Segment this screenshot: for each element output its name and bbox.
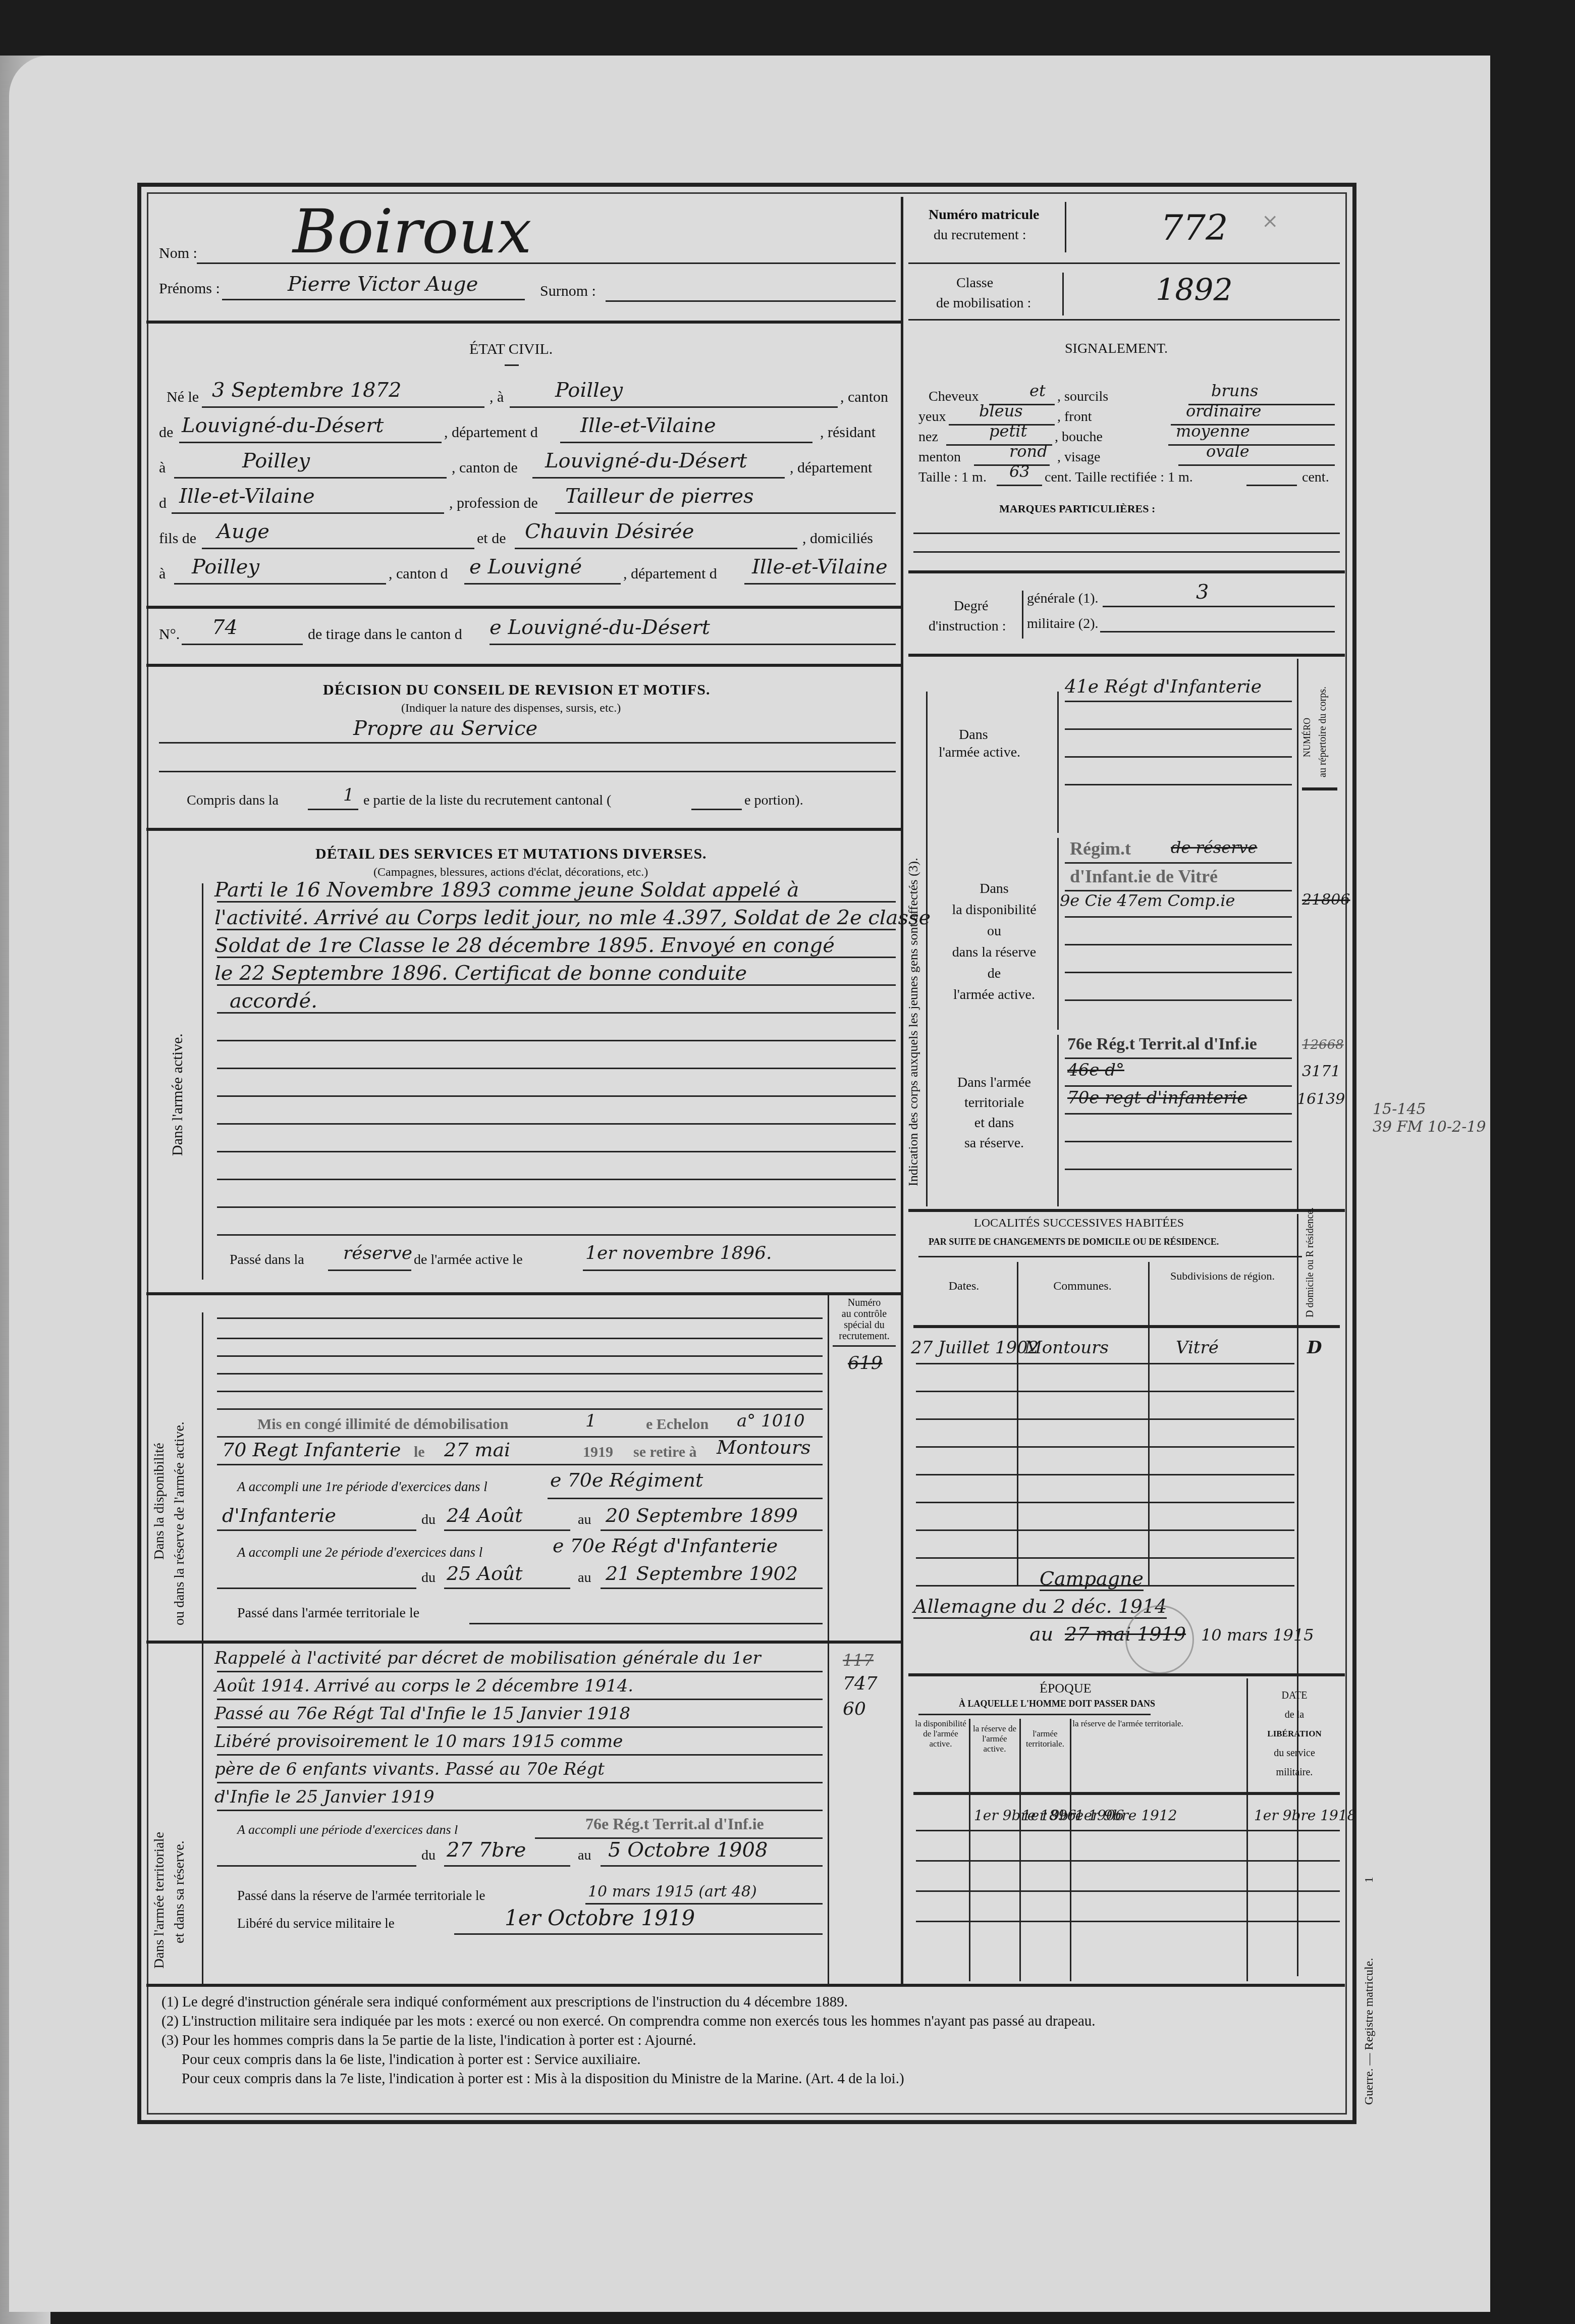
profession-value: Tailleur de pierres	[565, 485, 754, 508]
demob-echelon-number: 1	[585, 1411, 596, 1431]
classe-value: 1892	[1156, 273, 1233, 308]
line	[202, 406, 484, 408]
departement2-label: , département	[790, 459, 872, 477]
dispo-value: 9e Cie 47em Comp.ie	[1060, 891, 1235, 910]
services-side-label: Dans l'armée active.	[169, 1033, 186, 1156]
col-dates-header: Dates.	[913, 1280, 1014, 1293]
line	[916, 1474, 1294, 1475]
territ-line-1: Rappelé à l'activité par décret de mobil…	[214, 1648, 761, 1668]
matricule-label-2: du recrutement :	[934, 227, 1026, 243]
canton2-label: , canton de	[452, 459, 518, 477]
line	[217, 929, 896, 930]
label-line: sa réserve.	[934, 1133, 1055, 1153]
residence-value: Poilley	[242, 449, 310, 472]
brace	[1065, 202, 1066, 252]
line	[464, 583, 621, 585]
line	[217, 1040, 896, 1041]
line	[217, 1123, 896, 1125]
residence-departement-value: Ille-et-Vilaine	[179, 485, 315, 508]
divider	[908, 654, 1345, 657]
parents-domicile-value: Poilley	[192, 555, 259, 578]
sourcils-label: , sourcils	[1057, 389, 1108, 405]
line	[444, 1529, 570, 1531]
nez-value: petit	[989, 421, 1027, 441]
localites-subtitle: PAR SUITE DE CHANGEMENTS DE DOMICILE OU …	[929, 1237, 1219, 1247]
compris-partie-value: 1	[343, 785, 354, 805]
surnom-line	[606, 300, 896, 302]
margin-note-1: 15-145	[1373, 1100, 1426, 1118]
territ-periode-du-value: 27 7bre	[447, 1838, 526, 1862]
line	[490, 644, 896, 645]
line	[532, 477, 785, 479]
line	[916, 1391, 1294, 1392]
line	[217, 1012, 896, 1014]
prenoms-line	[222, 299, 525, 300]
numero-column-divider	[828, 1295, 829, 1699]
epoque-reserve-territ-value: 1er 9bre 1912	[1075, 1807, 1177, 1824]
marques-title: MARQUES PARTICULIÈRES :	[999, 502, 1155, 515]
nez-label: nez	[918, 429, 938, 445]
line	[172, 512, 444, 514]
periode2-au-label: au	[578, 1570, 591, 1586]
header-line: LIBÉRATION	[1249, 1724, 1340, 1744]
header-line: recrutement.	[833, 1331, 896, 1342]
footnote-3: (3) Pour les hommes compris dans la 5e p…	[161, 2032, 696, 2049]
line	[202, 548, 474, 549]
col-divider	[969, 1719, 970, 1981]
passe-territoriale-label: Passé dans l'armée territoriale le	[237, 1605, 419, 1621]
divider	[146, 606, 901, 609]
line	[217, 1206, 896, 1208]
line	[1168, 444, 1335, 446]
tirage-no-label: N°.	[159, 626, 180, 643]
territ-value-2: 70e regt d'infanterie	[1067, 1088, 1247, 1108]
fils-de-label: fils de	[159, 530, 196, 547]
col-divider	[1070, 1719, 1071, 1981]
decision-title: DÉCISION DU CONSEIL DE REVISION ET MOTIF…	[323, 681, 710, 699]
brace	[1022, 591, 1023, 639]
line	[469, 1623, 823, 1624]
line	[916, 1557, 1294, 1559]
territ-numero-1: 3171	[1302, 1063, 1340, 1080]
line	[916, 1502, 1294, 1503]
sourcils-value: bruns	[1211, 381, 1258, 400]
line	[601, 1865, 823, 1867]
compris-label: Compris dans la	[187, 793, 279, 809]
service-line-3: Soldat de 1re Classe le 28 décembre 1895…	[214, 934, 835, 957]
label-line: territoriale	[934, 1093, 1055, 1113]
cent-label: cent.	[1302, 469, 1329, 486]
service-line-4: le 22 Septembre 1896. Certificat de bonn…	[214, 962, 747, 985]
reserve-active-side-label-2: ou dans la réserve de l'armée active.	[172, 1421, 188, 1625]
line	[328, 1270, 411, 1271]
periode2-du-label: du	[421, 1570, 436, 1586]
line	[174, 583, 386, 585]
line	[217, 1810, 823, 1811]
passe-reserve-territ-value: 10 mars 1915 (art 48)	[588, 1883, 757, 1900]
corps-active-label-1: Dans	[959, 727, 988, 743]
line	[1065, 756, 1292, 758]
label-line: Dans	[934, 878, 1055, 900]
dr-column-divider	[1297, 1214, 1298, 1976]
localite-dr-value: D	[1307, 1338, 1322, 1358]
passe-reserve-value: réserve	[343, 1243, 412, 1263]
front-label: , front	[1057, 409, 1092, 425]
matricule-form: Nom : Boiroux Prénoms : Pierre Victor Au…	[137, 183, 1356, 2124]
passe-reserve-territ-label: Passé dans la réserve de l'armée territo…	[237, 1888, 485, 1904]
cheveux-label: Cheveux	[929, 389, 979, 405]
campagne-title: Campagne	[1040, 1567, 1144, 1591]
line	[217, 1355, 823, 1357]
epoque-col-1-header: la disponibilité de l'armée active.	[913, 1719, 968, 1749]
territ-periode-label: A accompli une période d'exercices dans …	[237, 1822, 458, 1837]
line	[916, 1830, 1340, 1831]
yeux-label: yeux	[918, 409, 946, 425]
bracket	[202, 883, 203, 1280]
line	[601, 1529, 823, 1531]
corps-active-label-2: l'armée active.	[939, 745, 1020, 761]
divider	[146, 1292, 901, 1295]
header-line: de la	[1249, 1705, 1340, 1724]
demob-retire-value: Montours	[717, 1436, 811, 1458]
localite-subdivision-value: Vitré	[1176, 1338, 1219, 1358]
ne-le-label: Né le	[167, 389, 199, 406]
label-line: ou	[934, 921, 1055, 942]
numero-controle-header: Numéro au contrôle spécial du recrutemen…	[833, 1297, 896, 1342]
mother-value: Chauvin Désirée	[525, 520, 694, 543]
line	[1246, 485, 1297, 486]
line	[179, 442, 442, 443]
line	[916, 1363, 1294, 1364]
line	[744, 583, 896, 585]
line	[1065, 701, 1292, 702]
col-divider	[1148, 1262, 1150, 1585]
line	[1065, 1058, 1292, 1059]
line	[997, 485, 1042, 486]
dispo-struck-value: de réserve	[1171, 838, 1258, 857]
publisher-imprint: Guerre. — Registre matricule.	[1363, 1958, 1376, 2105]
periode1-label: A accompli une 1re période d'exercices d…	[237, 1479, 487, 1495]
passe-active-label: de l'armée active le	[414, 1252, 523, 1268]
line	[515, 548, 797, 549]
nom-value: Boiroux	[293, 197, 531, 267]
line	[444, 1588, 570, 1589]
brace	[1062, 273, 1064, 315]
line	[1065, 1085, 1292, 1087]
title-dash	[505, 364, 519, 366]
dispo-numero-value: 21806	[1302, 891, 1350, 909]
matricule-value: 772	[1161, 207, 1228, 248]
line	[1065, 972, 1292, 973]
domicile-a-label: à	[159, 565, 166, 583]
territ-numero-2: 60	[843, 1699, 866, 1719]
page-mark: 1	[1363, 1877, 1376, 1883]
territ-numero-struck: 12668	[1302, 1037, 1344, 1052]
periode2-value: e 70e Régt d'Infanterie	[553, 1535, 778, 1557]
line	[560, 442, 812, 443]
line	[601, 1588, 823, 1589]
line	[1178, 464, 1335, 466]
surnom-label: Surnom :	[540, 283, 596, 300]
tirage-number-value: 74	[212, 616, 238, 639]
margin-note-2: 39 FM 10-2-19	[1373, 1118, 1486, 1136]
compris-label-3: e portion).	[744, 793, 803, 809]
line	[217, 1699, 823, 1700]
line	[159, 771, 896, 772]
line	[585, 1903, 823, 1905]
line	[217, 1782, 823, 1783]
line	[510, 406, 838, 408]
periode2-label: A accompli une 2e période d'exercices da…	[237, 1545, 482, 1560]
militaire-label: militaire (2).	[1027, 616, 1099, 632]
line	[217, 1588, 416, 1589]
periode1-au-label: au	[578, 1512, 591, 1528]
header-line: DATE	[1249, 1686, 1340, 1705]
service-line-5: accordé.	[230, 989, 317, 1013]
divider	[146, 1984, 1345, 1987]
bracket	[202, 1312, 203, 1696]
epoque-col-3-header: l'armée territoriale.	[1022, 1729, 1068, 1749]
classe-label-2: de mobilisation :	[936, 295, 1031, 311]
territ-value-1: 46e d°	[1067, 1060, 1124, 1080]
col-divider	[1017, 1262, 1018, 1585]
footnote-1: (1) Le degré d'instruction générale sera…	[161, 1994, 848, 2011]
footnote-3b: Pour ceux compris dans la 6e liste, l'in…	[182, 2051, 641, 2068]
yeux-value: bleus	[979, 401, 1023, 420]
brace-line	[918, 1256, 1302, 1257]
bouche-value: moyenne	[1176, 421, 1250, 441]
epoque-col-4-header: la réserve de l'armée territoriale.	[1072, 1719, 1244, 1729]
line	[217, 984, 896, 986]
line	[217, 1095, 896, 1097]
matricule-label-1: Numéro matricule	[929, 207, 1040, 223]
line	[159, 742, 896, 744]
brace-line	[918, 1714, 1151, 1715]
visage-value: ovale	[1206, 442, 1250, 461]
line	[691, 809, 742, 810]
line	[182, 644, 303, 645]
service-line-2: l'activité. Arrivé au Corps ledit jour, …	[214, 906, 931, 929]
passe-reserve-label: Passé dans la	[230, 1252, 304, 1268]
line	[217, 1338, 823, 1339]
line	[1065, 728, 1292, 730]
line	[174, 477, 447, 479]
residant-a-label: à	[159, 459, 166, 477]
divider	[146, 828, 901, 831]
generale-label: générale (1).	[1027, 591, 1098, 607]
line	[217, 1726, 823, 1728]
round-stamp-icon	[1125, 1605, 1194, 1674]
reserve-active-side-label-1: Dans la disponibilité	[151, 1443, 168, 1560]
line	[1100, 631, 1335, 632]
line	[583, 1270, 896, 1271]
services-subtitle: (Campagnes, blessures, actions d'éclat, …	[373, 866, 648, 879]
line	[217, 1151, 896, 1152]
nom-label: Nom :	[159, 245, 197, 262]
libere-label: Libéré du service militaire le	[237, 1916, 395, 1931]
line	[908, 262, 1340, 264]
line	[217, 1464, 823, 1465]
taille-value: 63	[1009, 462, 1030, 481]
divider	[1302, 787, 1337, 790]
line	[217, 1754, 823, 1756]
line	[916, 1860, 1340, 1862]
campagne-end-date: 10 mars 1915	[1201, 1625, 1314, 1645]
demob-date-label: le	[414, 1444, 425, 1461]
periode2-du-value: 25 Août	[447, 1562, 523, 1584]
localites-title: LOCALITÉS SUCCESSIVES HABITÉES	[974, 1217, 1184, 1230]
service-line-1: Parti le 16 Novembre 1893 comme jeune So…	[214, 878, 799, 902]
periode1-value: e 70e Régiment	[550, 1469, 703, 1491]
domicilies-label: , domiciliés	[802, 530, 873, 547]
bracket	[202, 1661, 203, 1984]
line	[1065, 784, 1292, 785]
line	[833, 1345, 896, 1347]
line	[217, 1234, 896, 1236]
a-label: , à	[490, 389, 504, 406]
demob-date-value: 27 mai	[444, 1439, 510, 1461]
periode1-du-value: 24 Août	[447, 1504, 523, 1526]
libere-value: 1er Octobre 1919	[505, 1906, 695, 1930]
visage-label: , visage	[1057, 449, 1101, 465]
instruction-label: d'instruction :	[929, 618, 1006, 635]
father-value: Auge	[217, 520, 269, 543]
column-divider	[901, 197, 903, 1984]
prenoms-label: Prénoms :	[159, 280, 220, 297]
col-dr-header: D domicile ou R résidence.	[1305, 1207, 1316, 1317]
periode1-corps-value: d'Infanterie	[222, 1504, 336, 1526]
line	[913, 551, 1340, 553]
periode1-du-label: du	[421, 1512, 436, 1528]
departement3-label: , département d	[623, 565, 717, 583]
line	[217, 1373, 823, 1375]
d-label: d	[159, 495, 167, 512]
numero-column-divider	[828, 1643, 829, 1986]
birth-date-value: 3 Septembre 1872	[212, 379, 401, 402]
territ-line-5: père de 6 enfants vivants. Passé au 70e …	[214, 1759, 605, 1779]
divider	[146, 321, 901, 324]
line	[217, 957, 896, 958]
label-line: et dans	[934, 1113, 1055, 1133]
demob-retire-label: se retire à	[633, 1444, 697, 1461]
territ-line-3: Passé au 76e Régt Tal d'Infie le 15 Janv…	[214, 1704, 630, 1724]
header-line: militaire.	[1249, 1763, 1340, 1782]
territ-stamp: 76e Rég.t Territ.al d'Inf.ie	[1067, 1035, 1257, 1054]
demob-echelon-value: a° 1010	[737, 1411, 805, 1431]
dispo-stamp-2: d'Infant.ie de Vitré	[1070, 866, 1218, 887]
demob-echelon-label: e Echelon	[646, 1416, 709, 1433]
territ-periode-au-label: au	[578, 1847, 591, 1864]
line	[217, 1529, 416, 1531]
tirage-canton-value: e Louvigné-du-Désert	[490, 616, 710, 639]
corps-active-value: 41e Régt d'Infanterie	[1065, 676, 1262, 697]
parents-canton-value: e Louvigné	[469, 555, 582, 578]
territ-periode-au-value: 5 Octobre 1908	[608, 1838, 768, 1862]
signalement-title: SIGNALEMENT.	[1065, 341, 1168, 357]
line	[548, 1498, 823, 1499]
taille-rectifiee-label: cent. Taille rectifiée : 1 m.	[1045, 469, 1193, 486]
line	[555, 512, 896, 514]
residence-canton-value: Louvigné-du-Désert	[545, 449, 747, 472]
territ-numero-1: 747	[843, 1673, 878, 1694]
campagne-au-label: au	[1029, 1623, 1053, 1645]
line	[217, 1865, 416, 1867]
territoriale-side-label-1: Dans l'armée territoriale	[151, 1832, 168, 1969]
liberation-value: 1er 9bre 1918	[1254, 1807, 1356, 1824]
col-subdivisions-header: Subdivisions de région.	[1151, 1270, 1294, 1283]
matricule-check-mark: ×	[1262, 209, 1279, 233]
territ-line-2: Août 1914. Arrivé au corps le 2 décembre…	[214, 1676, 633, 1696]
divider	[908, 1209, 1345, 1212]
bracket	[926, 692, 928, 1206]
label-line: dans la réserve	[934, 942, 1055, 963]
liberation-header: DATE de la LIBÉRATION du service militai…	[1249, 1686, 1340, 1782]
degre-label: Degré	[954, 598, 988, 614]
line	[217, 1671, 823, 1672]
decision-value: Propre au Service	[353, 717, 537, 740]
divider	[908, 570, 1345, 573]
line	[217, 1068, 896, 1069]
canton-label: , canton	[840, 389, 888, 406]
birth-place-value: Poilley	[555, 379, 623, 402]
line	[1065, 1141, 1292, 1142]
divider	[908, 1673, 1345, 1676]
divider	[146, 1641, 901, 1644]
line	[1103, 606, 1335, 607]
parents-departement-value: Ille-et-Vilaine	[752, 555, 888, 578]
line	[916, 1446, 1294, 1448]
prenoms-value: Pierre Victor Auge	[288, 273, 478, 296]
line	[217, 1391, 823, 1392]
de-label: de	[159, 424, 173, 441]
col-divider	[1019, 1719, 1021, 1981]
localite-date-value: 27 Juillet 1902	[911, 1338, 1039, 1358]
demob-regiment-value: 70 Regt Infanterie	[222, 1439, 401, 1461]
corps-territ-label: Dans l'armée territoriale et dans sa rés…	[934, 1073, 1055, 1153]
divider	[146, 664, 901, 667]
et-de-label: et de	[477, 530, 506, 547]
profession-label: , profession de	[449, 495, 538, 512]
demob-year: 1919	[583, 1444, 613, 1461]
line	[1065, 944, 1292, 945]
territ-line-4: Libéré provisoirement le 10 mars 1915 co…	[214, 1731, 623, 1752]
line	[217, 1408, 823, 1410]
line	[444, 1865, 570, 1867]
departement-label: , département d	[444, 424, 538, 441]
periode1-au-value: 20 Septembre 1899	[606, 1504, 798, 1526]
numero-repertoire-label-1: NUMÉRO	[1302, 718, 1313, 757]
taille-label: Taille : 1 m.	[918, 469, 987, 486]
line	[1065, 916, 1292, 918]
numero-repertoire-label-2: au répertoire du corps.	[1317, 686, 1329, 777]
birth-departement-value: Ille-et-Vilaine	[580, 414, 716, 437]
line	[1065, 862, 1292, 864]
col-communes-header: Communes.	[1019, 1280, 1146, 1293]
etat-civil-title: ÉTAT CIVIL.	[469, 341, 553, 358]
footnote-2: (2) L'instruction militaire sera indiqué…	[161, 2013, 1096, 2030]
periode2-au-value: 21 Septembre 1902	[606, 1562, 798, 1584]
header-line: du service	[1249, 1744, 1340, 1763]
line	[454, 1933, 823, 1935]
territ-line-6: d'Infie le 25 Janvier 1919	[214, 1787, 435, 1807]
menton-value: rond	[1009, 442, 1048, 461]
header-line: spécial du	[833, 1319, 896, 1331]
territ-periode-stamp: 76e Rég.t Territ.al d'Inf.ie	[585, 1815, 764, 1833]
footnote-3c: Pour ceux compris dans la 7e liste, l'in…	[182, 2071, 904, 2087]
campagne-line-1: Allemagne du 2 déc. 1914	[913, 1595, 1167, 1619]
line	[916, 1418, 1294, 1420]
localite-commune-value: Montours	[1024, 1338, 1109, 1358]
